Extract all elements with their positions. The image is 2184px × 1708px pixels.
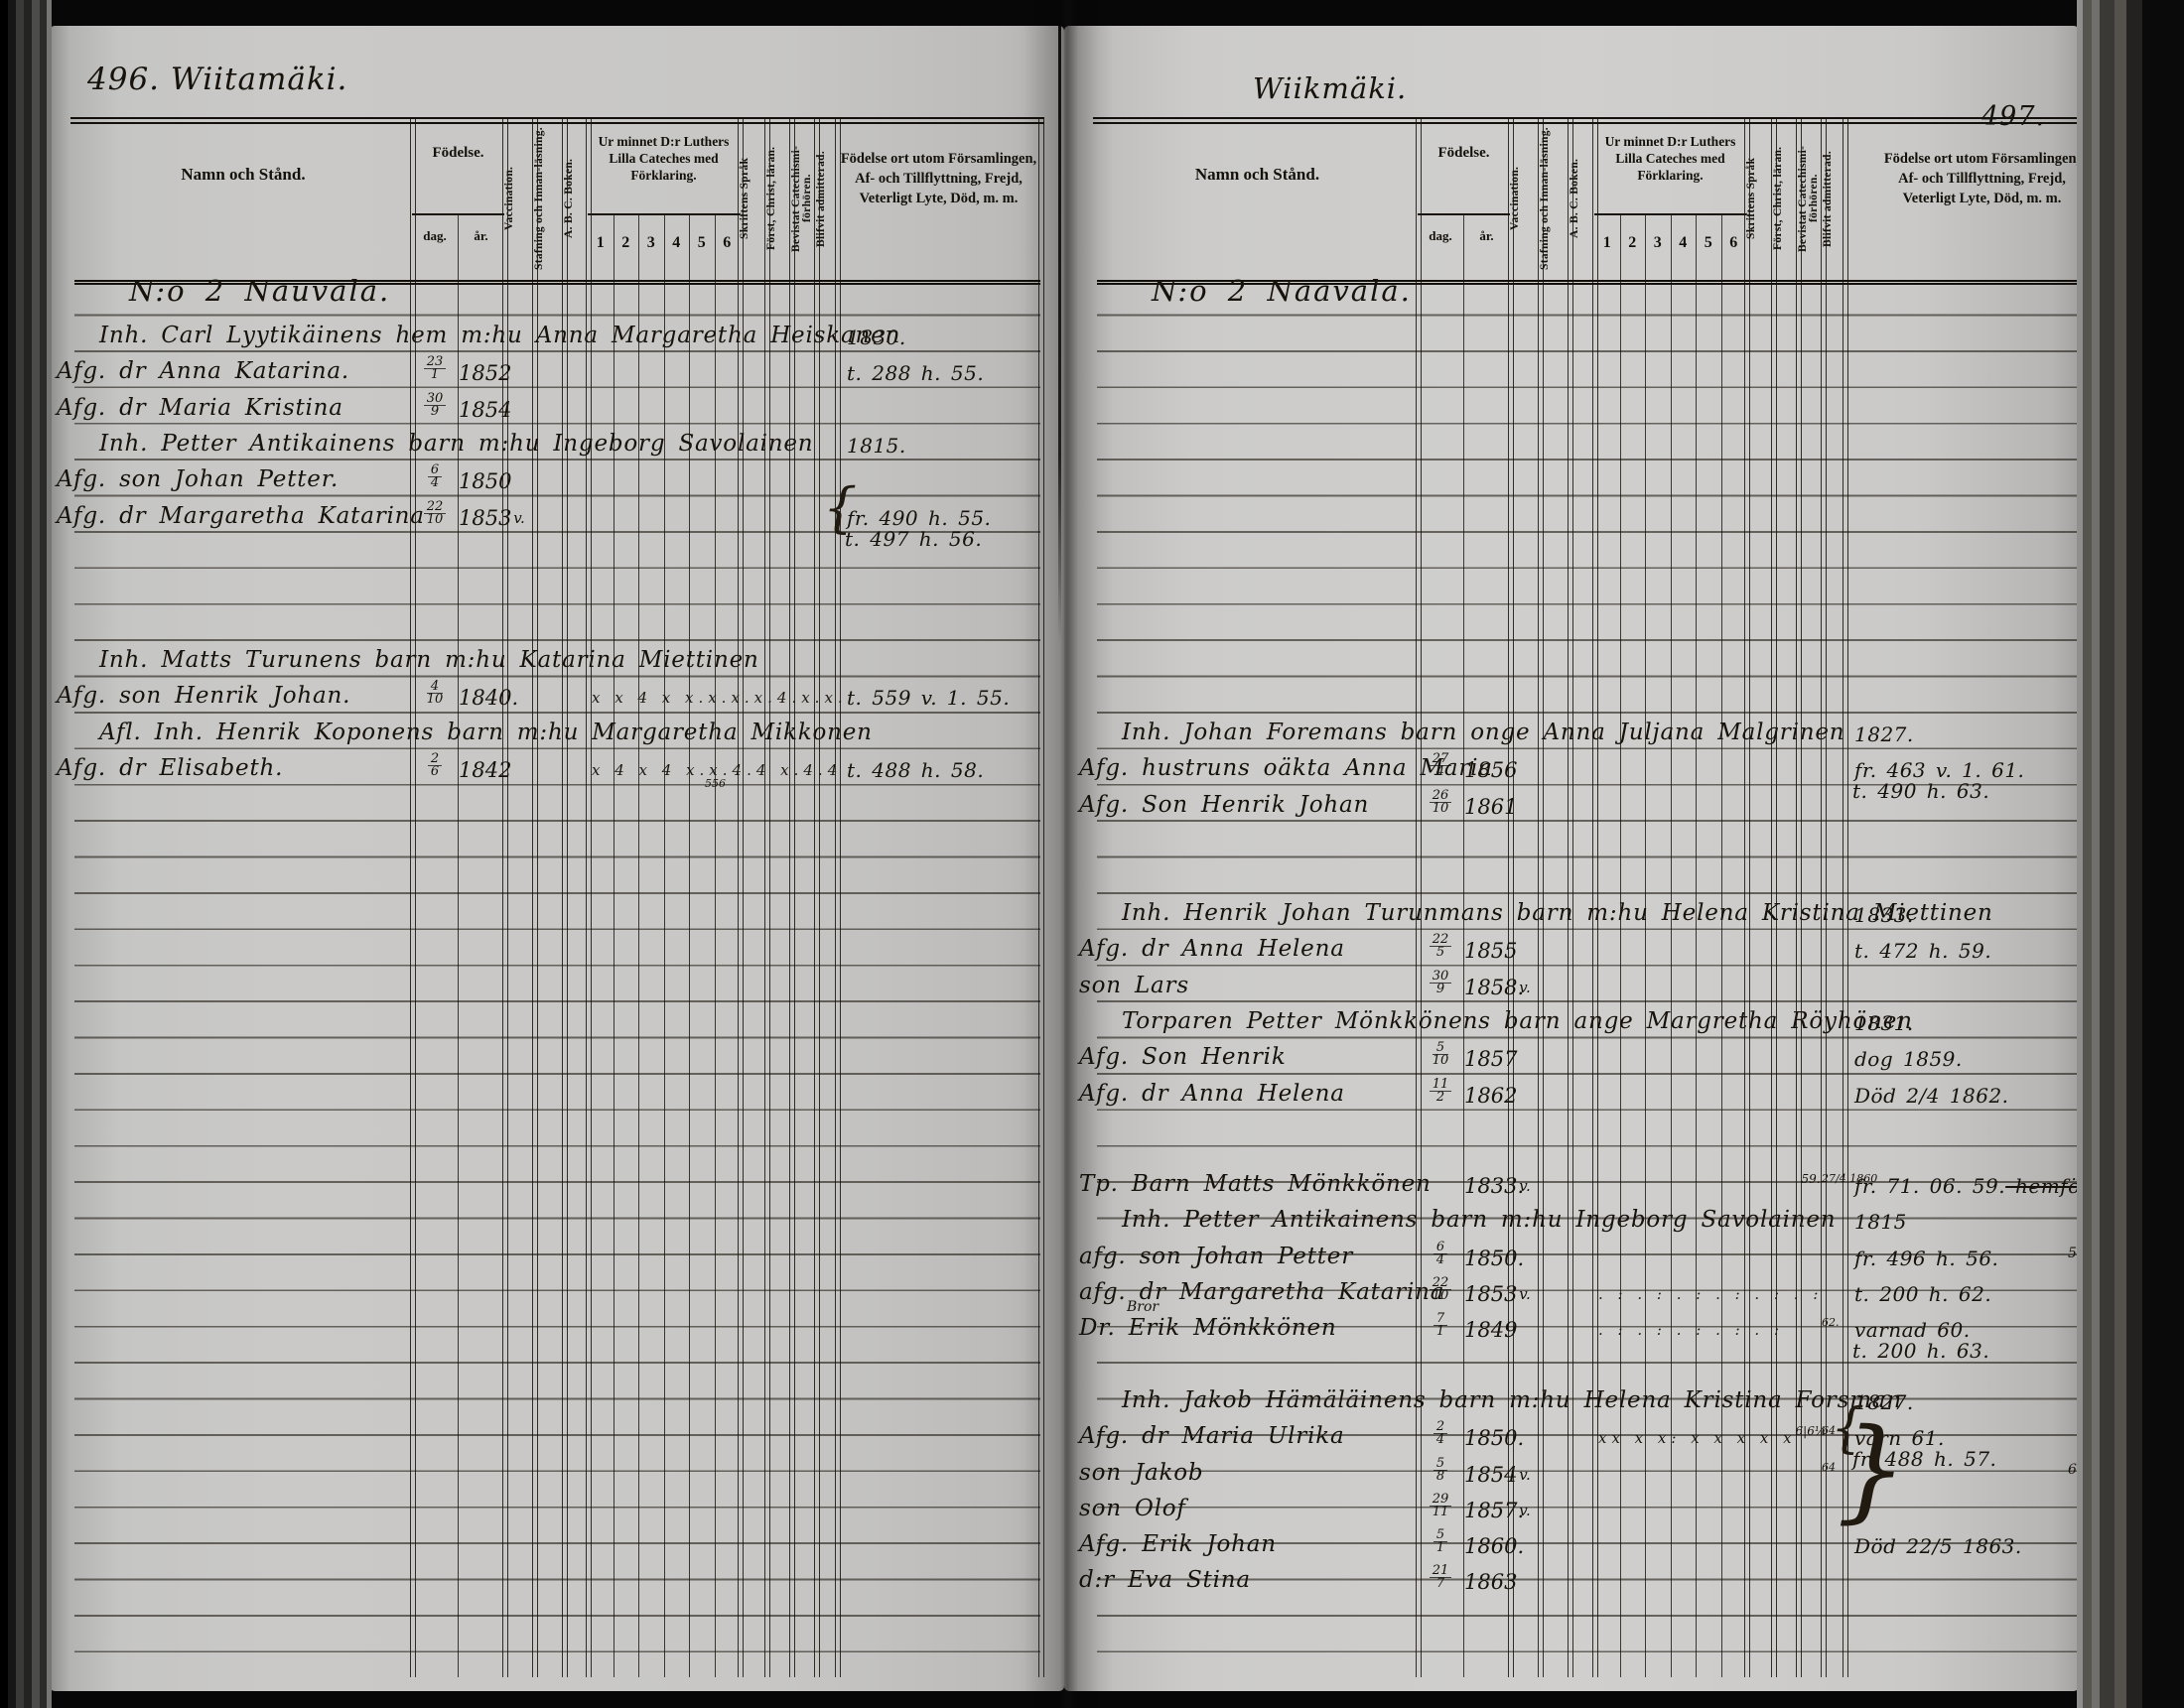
left-page-number: 496.	[87, 62, 160, 97]
left-page-title: Wiitamäki.	[171, 62, 348, 97]
register-entry-row: N:o 2 Nauvala.	[74, 280, 1040, 314]
register-entry-row: N:o 2 Naavala.	[1097, 280, 2119, 314]
birth-day: 410	[412, 681, 458, 708]
catechism-marks: . : . : . : . : . : . :	[1598, 1285, 1823, 1303]
register-entry-row: Afg. dr Maria Kristina3091854	[74, 395, 1040, 429]
register-entry-row: Inh. Jakob Hämäläinens barn m:hu Helena …	[1097, 1387, 2119, 1421]
left-page-heading: 496. Wiitamäki.	[87, 62, 347, 97]
note-text: 1831.	[1854, 1011, 1914, 1035]
header-cateches-col-1: 1	[1594, 234, 1620, 252]
note-text: 1830.	[847, 326, 906, 349]
name-text: Afl. Inh. Henrik Koponens barn m:hu Marg…	[99, 720, 873, 745]
header-stafning: Stafning och Innan-läsning.	[534, 123, 564, 274]
birth-year: 1840.	[459, 686, 518, 710]
name-text: son Jakob	[1079, 1460, 1203, 1486]
header-abc-boken: A. B. C. Boken.	[564, 123, 588, 274]
header-blifvit-admitterad: Blifvit admitterad.	[1823, 123, 1844, 274]
register-entry-row: Inh. Matts Turunens barn m:hu Katarina M…	[74, 647, 1040, 681]
birth-day: 217	[1418, 1565, 1463, 1592]
birth-year: 1854	[459, 398, 511, 422]
book-spread: 496. Wiitamäki. Wiikmäki. 497. Namn och …	[0, 0, 2184, 1708]
birth-day: 2610	[1418, 790, 1463, 817]
left-register-table: Namn och Stånd.Födelse.dag.år.Ur minnet …	[74, 117, 1040, 1677]
header-stafning: Stafning och Innan-läsning.	[1540, 123, 1570, 274]
birth-day: 51	[1418, 1529, 1463, 1556]
name-text: d:r Eva Stina	[1079, 1567, 1251, 1593]
birth-day: 26	[412, 753, 458, 780]
name-text: Inh. Johan Foremans barn onge Anna Julja…	[1122, 720, 1844, 745]
note-text: 1833.	[1854, 903, 1914, 927]
cateches-sub-rule	[588, 213, 740, 215]
header-forsta-christ-laran: Först, Christ, läran.	[1773, 123, 1798, 274]
birth-day: 2911	[1418, 1494, 1463, 1520]
note-text: 1815	[1854, 1210, 1907, 1234]
name-text: Afg. Erik Johan	[1079, 1531, 1277, 1557]
name-text: Afg. dr Elisabeth.	[57, 755, 283, 781]
vaccination-mark: v.	[1510, 979, 1540, 996]
name-text: Inh. Jakob Hämäläinens barn m:hu Helena …	[1122, 1387, 1902, 1413]
register-entry-row: son Jakob581854v.64}60.	[1097, 1460, 2119, 1494]
name-text: Inh. Carl Lyytikäinens hem m:hu Anna Mar…	[99, 323, 900, 348]
register-entry-row: Inh. Carl Lyytikäinens hem m:hu Anna Mar…	[74, 323, 1040, 356]
vaccination-mark: v.	[504, 509, 534, 527]
header-fodelse: Födelse.	[412, 145, 504, 162]
cateches-sub-rule	[1594, 213, 1746, 215]
header-dag: dag.	[412, 228, 458, 244]
register-entry-row: Afg. son Johan Petter.641850	[74, 466, 1040, 500]
header-cateches-col-4: 4	[1671, 234, 1697, 252]
birth-year: 1842	[459, 758, 511, 782]
name-text: Afg. dr Anna Katarina.	[57, 358, 349, 384]
name-text: son Lars	[1079, 973, 1189, 998]
note-text: t. 559 v. 1. 55.	[847, 686, 1010, 710]
register-entry-row: afg. son Johan Petter641850.fr. 496 h. 5…	[1097, 1244, 2119, 1277]
note-text: 1827.	[1854, 723, 1914, 746]
birth-year: 1860.	[1464, 1534, 1524, 1558]
fodelse-sub-rule	[1418, 213, 1510, 215]
register-entry-row: d:r Eva Stina2171863	[1097, 1567, 2119, 1601]
register-entry-row: afg. dr Margaretha Katarina22101853v.. :…	[1097, 1279, 2119, 1313]
fold-crease	[1058, 26, 1061, 641]
header-vaccination: Vaccination.	[504, 123, 534, 274]
birth-year: 1861	[1464, 795, 1517, 819]
header-namn-och-stand: Namn och Stånd.	[74, 165, 412, 185]
name-text: Afg. son Johan Petter.	[57, 466, 339, 492]
book-fore-edge	[2077, 0, 2184, 1708]
header-bevistat-catechismi: Bevistat Catechismi-förhören.	[1798, 123, 1823, 274]
name-text: Torparen Petter Mönkkönens barn ange Mar…	[1122, 1008, 1913, 1034]
name-text: Dr. Erik Mönkkönen	[1079, 1315, 1337, 1341]
register-entry-row: Afg. Son Henrik Johan26101861	[1097, 792, 2119, 826]
register-entry-row: Afg. dr Maria Ulrika241850.xx x x: x x x…	[1097, 1423, 2119, 1457]
catechism-marks: . : . : . : . : . :	[1598, 1321, 1784, 1339]
name-text: Inh. Matts Turunens barn m:hu Katarina M…	[99, 647, 759, 673]
birth-year: 1849	[1464, 1318, 1517, 1342]
header-ar: år.	[1463, 228, 1510, 244]
header-cateches-col-3: 3	[638, 234, 664, 252]
register-entry-row: Torparen Petter Mönkkönens barn ange Mar…	[1097, 1008, 2119, 1042]
name-text: Tp. Barn Matts Mönkkönen	[1079, 1171, 1432, 1197]
register-entry-row: Inh. Petter Antikainens barn m:hu Ingebo…	[74, 431, 1040, 464]
section-heading: N:o 2 Naavala.	[1152, 274, 1412, 308]
birth-day: 58	[1418, 1458, 1463, 1485]
header-forsta-christ-laran: Först, Christ, läran.	[766, 123, 791, 274]
name-annotation: Bror	[1127, 1299, 1159, 1315]
header-cateches: Ur minnet D:r Luthers Lilla Cateches med…	[588, 133, 740, 184]
note-text: 1815.	[847, 434, 906, 458]
register-entry-row: Inh. Henrik Johan Turunmans barn m:hu He…	[1097, 900, 2119, 934]
header-ar: år.	[458, 228, 504, 244]
name-text: Afg. Son Henrik	[1079, 1044, 1287, 1070]
register-entry-row: Inh. Johan Foremans barn onge Anna Julja…	[1097, 720, 2119, 753]
header-cateches-col-6: 6	[715, 234, 741, 252]
birth-day: 510	[1418, 1042, 1463, 1069]
note-text: Död 22/5 1863.	[1854, 1534, 2022, 1558]
right-register-table: Namn och Stånd.Födelse.dag.år.Ur minnet …	[1097, 117, 2119, 1677]
header-notes: Födelse ort utom Församlingen, Af- och T…	[837, 149, 1040, 208]
header-cateches-col-5: 5	[689, 234, 715, 252]
header-cateches: Ur minnet D:r Luthers Lilla Cateches med…	[1594, 133, 1746, 184]
name-text: Afg. dr Anna Helena	[1079, 1081, 1345, 1107]
vaccination-mark: v.	[1510, 1285, 1540, 1303]
birth-year: 1856	[1464, 758, 1517, 782]
birth-day: 309	[1418, 971, 1463, 997]
note-text: fr. 496 h. 56.	[1854, 1247, 1998, 1270]
name-text: Afg. dr Maria Ulrika	[1079, 1423, 1344, 1449]
birth-year: 1850.	[1464, 1247, 1524, 1270]
birth-day: 2210	[412, 501, 458, 528]
header-fodelse: Födelse.	[1418, 145, 1510, 162]
vaccination-mark: v.	[1510, 1177, 1540, 1195]
birth-day: 112	[1418, 1079, 1463, 1106]
note-text-2: t. 200 h. 63.	[1852, 1339, 1989, 1363]
name-text: Afg. son Henrik Johan.	[57, 683, 350, 709]
name-text: Afg. dr Anna Helena	[1079, 936, 1345, 962]
register-entry-row: Dr. Erik MönkkönenBror711849. : . : . : …	[1097, 1315, 2119, 1349]
header-cateches-col-6: 6	[1721, 234, 1747, 252]
header-cateches-col-5: 5	[1696, 234, 1721, 252]
birth-day: 274	[1418, 753, 1463, 780]
header-cateches-col-3: 3	[1645, 234, 1671, 252]
note-text: t. 288 h. 55.	[847, 361, 984, 385]
catechism-marks: x x 4 x x.x.x.x.4.x.x.	[592, 689, 848, 707]
name-text: Afg. dr Maria Kristina	[57, 395, 343, 421]
fodelse-sub-rule	[412, 213, 504, 215]
table-top-rule	[1093, 117, 2123, 124]
header-blifvit-admitterad: Blifvit admitterad.	[816, 123, 837, 274]
birth-year: 1855	[1464, 939, 1517, 963]
register-entry-row: Afg. dr Elisabeth.261842x 4 x 4 x.x.4.4 …	[74, 755, 1040, 789]
register-entry-row: Tp. Barn Matts Mönkkönen1833.v.59.27/4 1…	[1097, 1171, 2119, 1205]
header-cateches-col-4: 4	[664, 234, 690, 252]
name-text: Afg. dr Margaretha Katarina	[57, 503, 425, 529]
note-text: Död 2/4 1862.	[1854, 1084, 2009, 1108]
header-namn-och-stand: Namn och Stånd.	[1097, 165, 1418, 185]
birth-year: 1863	[1464, 1570, 1517, 1594]
right-page-title: Wiikmäki.	[1253, 71, 1407, 105]
header-vaccination: Vaccination.	[1510, 123, 1540, 274]
birth-year: 1852	[459, 361, 511, 385]
header-abc-boken: A. B. C. Boken.	[1570, 123, 1594, 274]
birth-day: 64	[1418, 1242, 1463, 1268]
register-entry-row: Afg. hustruns oäkta Anna Maria2741856fr.…	[1097, 755, 2119, 789]
register-entry-row: Afg. dr Anna Katarina.2311852t. 288 h. 5…	[74, 358, 1040, 392]
note-text-2: t. 497 h. 56.	[845, 527, 982, 551]
birth-day: 64	[412, 464, 458, 491]
register-entry-row: Afg. Erik Johan511860.Död 22/5 1863.	[1097, 1531, 2119, 1565]
register-entry-row: Afl. Inh. Henrik Koponens barn m:hu Marg…	[74, 720, 1040, 753]
vaccination-mark: v.	[1510, 1466, 1540, 1484]
catechism-marks: xx x x: x x x x x	[1598, 1429, 1797, 1447]
register-entry-row: Inh. Petter Antikainens barn m:hu Ingebo…	[1097, 1207, 2119, 1241]
birth-day: 24	[1418, 1421, 1463, 1448]
header-skriftens-sprak: Skriftens Språk	[740, 123, 766, 274]
name-text: Afg. Son Henrik Johan	[1079, 792, 1369, 818]
register-entry-row: Afg. dr Anna Helena2251855t. 472 h. 59.	[1097, 936, 2119, 970]
header-skriftens-sprak: Skriftens Språk	[1746, 123, 1773, 274]
birth-day: 309	[412, 393, 458, 420]
vaccination-mark: v.	[1510, 1502, 1540, 1519]
header-cateches-col-2: 2	[1620, 234, 1646, 252]
register-entry-row: son Olof29111857.v.	[1097, 1496, 2119, 1529]
header-bevistat-catechismi: Bevistat Catechismi-förhören.	[791, 123, 816, 274]
note-text: dog 1859.	[1854, 1047, 1963, 1071]
note-text: t. 472 h. 59.	[1854, 939, 1991, 963]
register-entry-row: Afg. dr Margaretha Katarina22101853v.{fr…	[74, 503, 1040, 537]
header-dag: dag.	[1418, 228, 1463, 244]
name-text: Inh. Petter Antikainens barn m:hu Ingebo…	[1122, 1207, 1836, 1233]
catechism-sub-marks: 556	[705, 777, 726, 790]
register-entry-row: son Lars3091858.v.	[1097, 973, 2119, 1006]
section-heading: N:o 2 Nauvala.	[129, 274, 390, 308]
name-text: son Olof	[1079, 1496, 1186, 1521]
birth-year: 1850	[459, 469, 511, 493]
register-entry-row: Afg. son Henrik Johan.4101840.x x 4 x x.…	[74, 683, 1040, 717]
birth-year: 1857	[1464, 1047, 1517, 1071]
birth-day: 71	[1418, 1313, 1463, 1340]
note-text: t. 488 h. 58.	[847, 758, 984, 782]
birth-year: 1850.	[1464, 1426, 1524, 1450]
register-entry-row: Afg. dr Anna Helena1121862Död 2/4 1862.	[1097, 1081, 2119, 1115]
birth-year: 1862	[1464, 1084, 1517, 1108]
birth-day: 225	[1418, 934, 1463, 961]
book-spine-edge	[0, 0, 52, 1708]
name-text: Inh. Petter Antikainens barn m:hu Ingebo…	[99, 431, 813, 457]
register-entry-row: Afg. Son Henrik5101857dog 1859.	[1097, 1044, 2119, 1078]
note-text: t. 200 h. 62.	[1854, 1282, 1991, 1306]
header-cateches-col-1: 1	[588, 234, 614, 252]
header-cateches-col-2: 2	[614, 234, 639, 252]
birth-day: 231	[412, 356, 458, 383]
name-text: afg. son Johan Petter	[1079, 1244, 1353, 1269]
birth-day: 2210	[1418, 1277, 1463, 1304]
